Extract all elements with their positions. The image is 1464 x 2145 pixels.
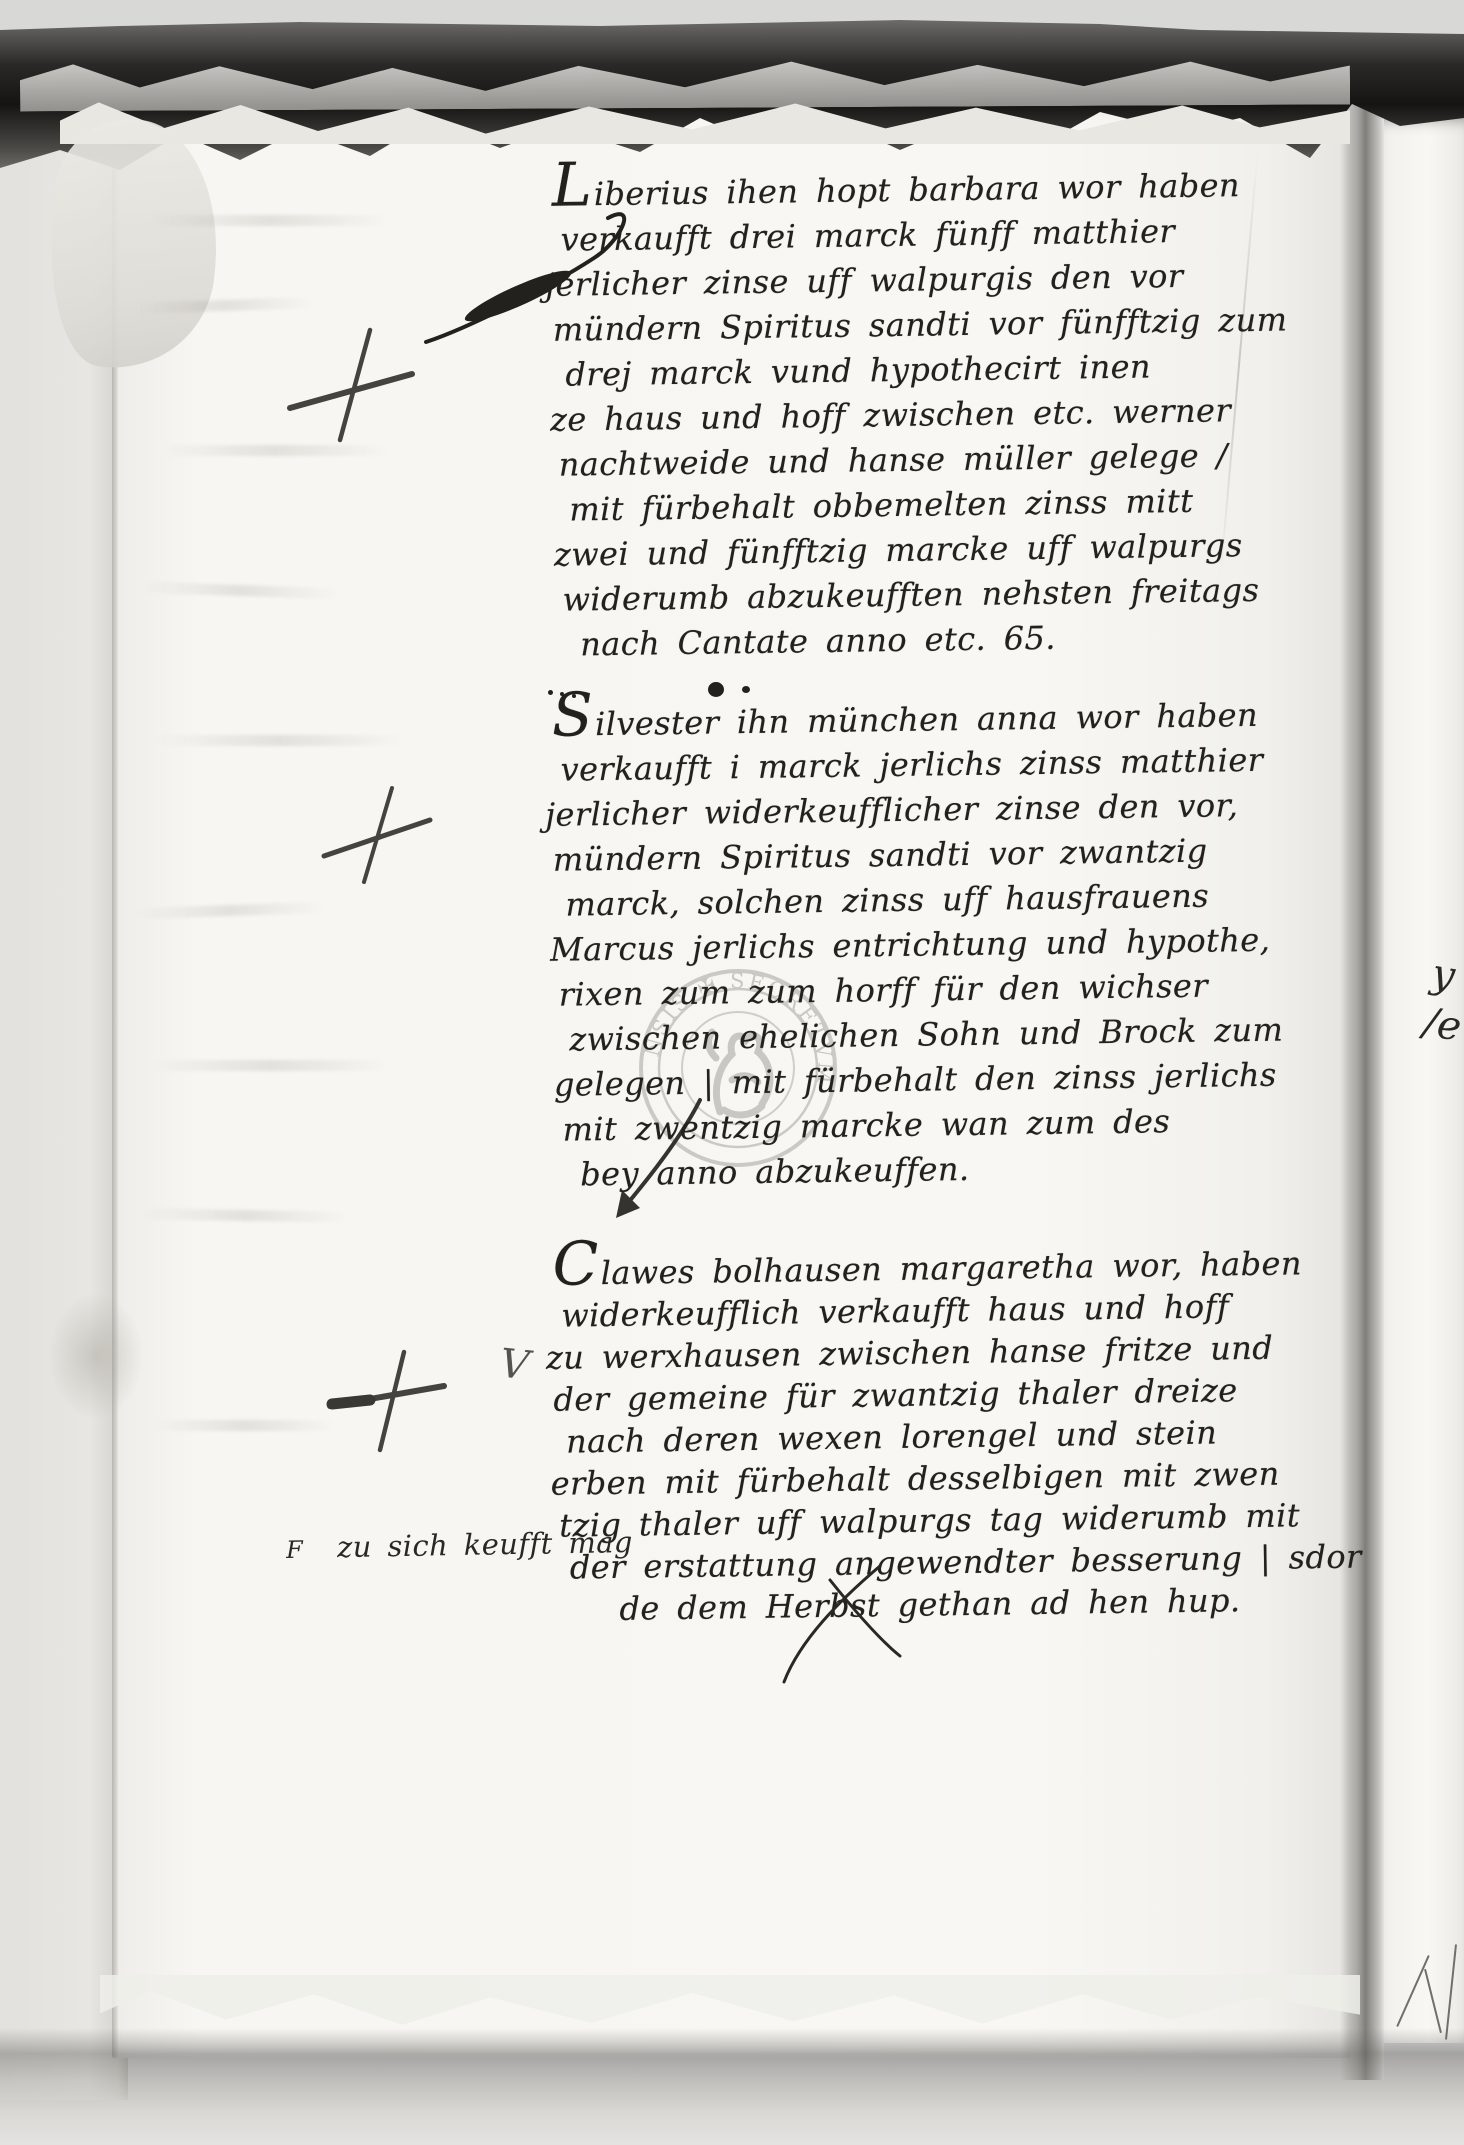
manuscript-entry-1: Liberius ihen hopt barbara wor habenverk… [542,152,1389,668]
margin-check-mark: V [498,1341,532,1390]
margin-note-text: zu sich keufft mag [337,1525,633,1564]
manuscript-entry-3: Clawes bolhausen margaretha wor, habenwi… [542,1232,1387,1631]
paper-stain [48,1292,144,1420]
facing-page-fore-edge [1384,118,1464,2043]
page-deckle-edge-left [112,96,118,2058]
manuscript-entry-2: Silvester ihn münchen anna wor habenverk… [542,682,1389,1198]
book-bottom-edge-shadow [0,2028,1464,2145]
margin-cross-mark-2 [312,782,442,892]
margin-note: Fzu sich keufft mag [286,1525,633,1565]
margin-note-prefix: F [286,1536,304,1564]
manuscript-scan: NSIS ✠ SECRETVM [0,0,1464,2145]
final-flourish [770,1560,910,1690]
facing-page-text-fragment: /e [1421,999,1464,1050]
margin-cross-mark-3 [322,1348,462,1458]
